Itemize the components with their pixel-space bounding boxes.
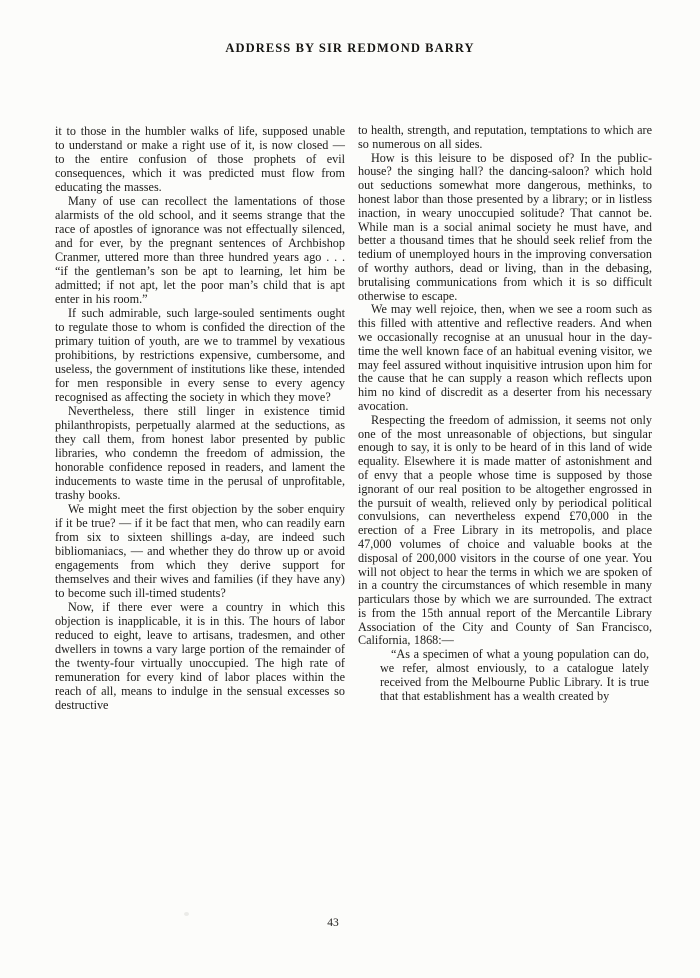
page-title: ADDRESS BY SIR REDMOND BARRY (0, 41, 700, 56)
paragraph: to health, strength, and reputation, tem… (358, 124, 652, 152)
paragraph: How is this leisure to be disposed of? I… (358, 152, 652, 304)
paragraph: Nevertheless, there still linger in exis… (55, 404, 345, 502)
paragraph: Many of use can recollect the lamentatio… (55, 194, 345, 306)
paragraph: Now, if there ever were a country in whi… (55, 600, 345, 712)
paragraph: We may well rejoice, then, when we see a… (358, 303, 652, 413)
paragraph: it to those in the humbler walks of life… (55, 124, 345, 194)
paragraph: Respecting the freedom of admission, it … (358, 414, 652, 649)
right-column: to health, strength, and reputation, tem… (358, 124, 652, 712)
scan-artifact (184, 912, 189, 916)
document-page: ADDRESS BY SIR REDMOND BARRY it to those… (0, 0, 700, 978)
paragraph: If such admirable, such large-souled sen… (55, 306, 345, 404)
left-column: it to those in the humbler walks of life… (55, 124, 345, 712)
text-columns: it to those in the humbler walks of life… (55, 124, 652, 712)
paragraph: We might meet the first objection by the… (55, 502, 345, 600)
page-number: 43 (318, 917, 348, 929)
block-quote: “As a specimen of what a young populatio… (380, 648, 649, 703)
